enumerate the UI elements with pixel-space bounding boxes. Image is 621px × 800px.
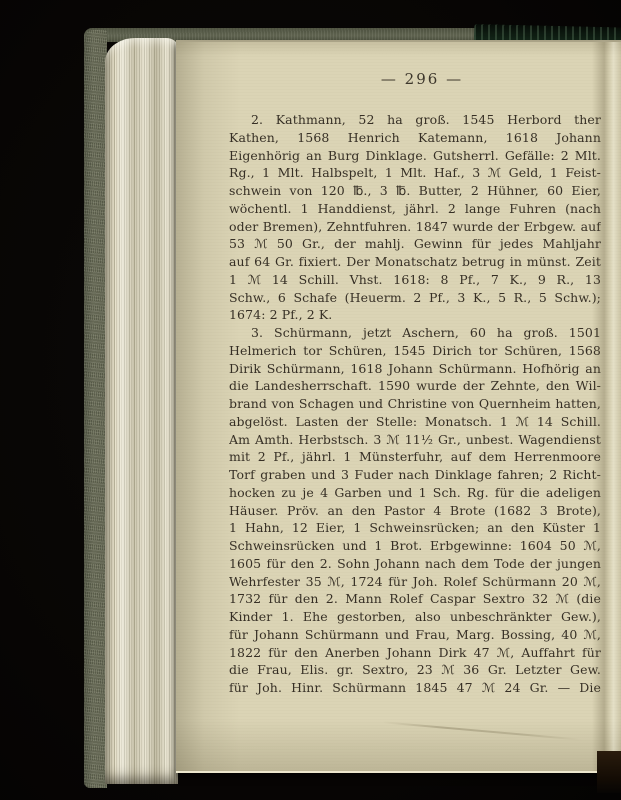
text-line: 1732 für den 2. Mann Rolef Caspar Sextro… bbox=[229, 590, 601, 608]
page-crease bbox=[382, 721, 581, 740]
text-line: Kathen, 1568 Henrich Katemann, 1618 Joha… bbox=[229, 129, 601, 147]
text-line: Torf graben und 3 Fuder nach Dinklage fa… bbox=[229, 466, 601, 484]
text-line: hocken zu je 4 Garben und 1 Sch. Rg. für… bbox=[229, 484, 601, 502]
text-line: 1822 für den Anerben Johann Dirk 47 ℳ, A… bbox=[229, 644, 601, 662]
text-line: 2. Kathmann, 52 ha groß. 1545 Herbord th… bbox=[229, 111, 601, 129]
text-line: 53 ℳ 50 Gr., der mahlj. Gewinn für jedes… bbox=[229, 235, 601, 253]
text-line: 1674: 2 Pf., 2 K. bbox=[229, 306, 601, 324]
book-cover-left-edge bbox=[84, 30, 107, 788]
paragraph: 3. Schürmann, jetzt Aschern, 60 ha groß.… bbox=[229, 324, 601, 697]
text-line: brand von Schagen und Christine von Quer… bbox=[229, 395, 601, 413]
text-line: mit 2 Pf., jährl. 1 Münsterfuhr, auf dem… bbox=[229, 448, 601, 466]
text-line: Wehrfester 35 ℳ, 1724 für Joh. Rolef Sch… bbox=[229, 573, 601, 591]
text-line: die Frau, Elis. gr. Sextro, 23 ℳ 36 Gr. … bbox=[229, 661, 601, 679]
text-line: oder Bremen), Zehntfuhren. 1847 wurde de… bbox=[229, 218, 601, 236]
text-line: 1 Hahn, 12 Eier, 1 Schweinsrücken; an de… bbox=[229, 519, 601, 537]
text-line: Eigenhörig an Burg Dinklage. Gutsherrl. … bbox=[229, 147, 601, 165]
text-line: Häuser. Pröv. an den Pastor 4 Brote (168… bbox=[229, 502, 601, 520]
page-number: — 296 — bbox=[229, 70, 601, 88]
page-fore-edge-stack bbox=[105, 38, 178, 784]
text-line: Am Amth. Herbstsch. 3 ℳ 11½ Gr., unbest.… bbox=[229, 431, 601, 449]
text-line: auf 64 Gr. fixiert. Der Monatschatz betr… bbox=[229, 253, 601, 271]
text-line: die Landesherrschaft. 1590 wurde der Zeh… bbox=[229, 377, 601, 395]
text-line: für Johann Schürmann und Frau, Marg. Bos… bbox=[229, 626, 601, 644]
paragraph: 2. Kathmann, 52 ha groß. 1545 Herbord th… bbox=[229, 111, 601, 324]
text-line: abgelöst. Lasten der Stelle: Monatsch. 1… bbox=[229, 413, 601, 431]
gutter-fold-shadow bbox=[592, 42, 621, 771]
page-corner-shadow bbox=[597, 751, 621, 793]
text-line: schwein von 120 ℔., 3 ℔. Butter, 2 Hühne… bbox=[229, 182, 601, 200]
text-line: Schw., 6 Schafe (Heuerm. 2 Pf., 3 K., 5 … bbox=[229, 289, 601, 307]
text-line: Helmerich tor Schüren, 1545 Dirich tor S… bbox=[229, 342, 601, 360]
text-line: Dirik Schürmann, 1618 Johann Schürmann. … bbox=[229, 360, 601, 378]
page-text-block: 2. Kathmann, 52 ha groß. 1545 Herbord th… bbox=[229, 111, 601, 697]
text-line: wöchentl. 1 Handdienst, jährl. 2 lange F… bbox=[229, 200, 601, 218]
text-line: 3. Schürmann, jetzt Aschern, 60 ha groß.… bbox=[229, 324, 601, 342]
book-page: — 296 — 2. Kathmann, 52 ha groß. 1545 He… bbox=[176, 40, 621, 773]
text-line: Schweinsrücken und 1 Brot. Erbgewinne: 1… bbox=[229, 537, 601, 555]
text-line: 1 ℳ 14 Schill. Vhst. 1618: 8 Pf., 7 K., … bbox=[229, 271, 601, 289]
text-line: Kinder 1. Ehe gestorben, also unbeschrän… bbox=[229, 608, 601, 626]
text-line: 1605 für den 2. Sohn Johann nach dem Tod… bbox=[229, 555, 601, 573]
book-photo: — 296 — 2. Kathmann, 52 ha groß. 1545 He… bbox=[0, 0, 621, 800]
text-line: Rg., 1 Mlt. Halbspelt, 1 Mlt. Haf., 3 ℳ … bbox=[229, 164, 601, 182]
text-line: für Joh. Hinr. Schürmann 1845 47 ℳ 24 Gr… bbox=[229, 679, 601, 697]
